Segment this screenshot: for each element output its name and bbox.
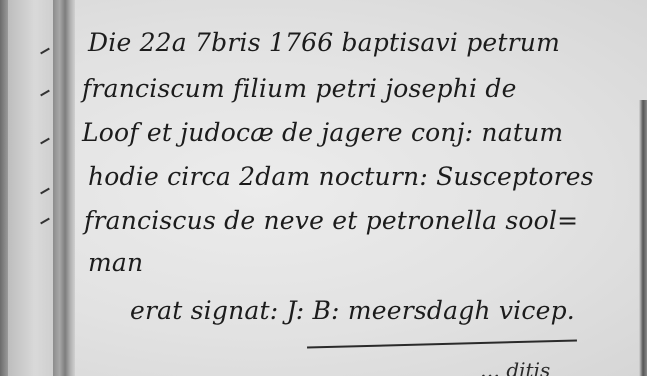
entry-line-2: franciscum filium petri josephi de — [82, 74, 517, 103]
manuscript-page: Die 22a 7bris 1766 baptisavi petrum fran… — [0, 0, 647, 376]
entry-line-5: franciscus de neve et petronella sool= — [84, 206, 578, 235]
entry-line-4: hodie circa 2dam nocturn: Susceptores — [88, 162, 594, 191]
next-entry-fragment: … ditis — [480, 358, 550, 376]
signature-line: erat signat: J: B: meersdagh vicep. — [130, 296, 575, 325]
entry-line-1: Die 22a 7bris 1766 baptisavi petrum — [88, 28, 560, 57]
entry-line-6: man — [88, 248, 143, 277]
entry-line-3: Loof et judocæ de jagere conj: natum — [82, 118, 563, 147]
entry-separator-rule — [307, 339, 577, 348]
margin-ink-marks — [40, 40, 54, 230]
right-page-edge — [639, 100, 647, 376]
adjacent-page-edge — [0, 0, 8, 376]
binding-gutter — [53, 0, 75, 376]
